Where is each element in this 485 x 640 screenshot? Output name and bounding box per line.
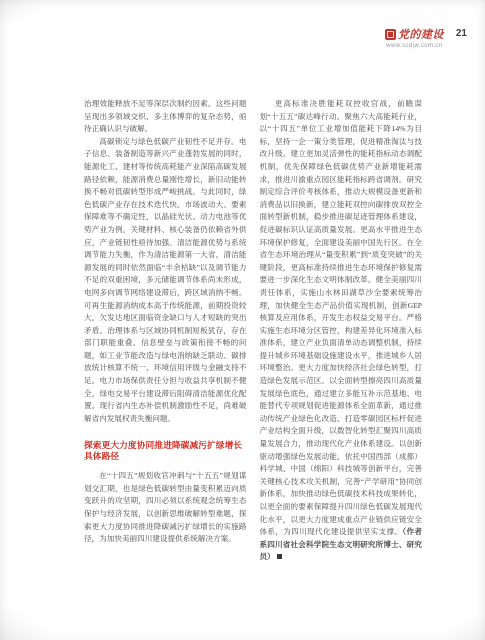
section-heading: 探索更大力度协同推进降碳减污扩绿增长具体路径 — [84, 440, 247, 462]
paragraph: 治理效能释放不足等深层次制约因素。这些问题呈现出多领域交织、多主体博弈的复杂态势… — [84, 98, 247, 136]
article-end-mark — [277, 554, 282, 559]
left-column: 治理效能释放不足等深层次制约因素。这些问题呈现出多领域交织、多主体博弈的复杂态势… — [84, 98, 247, 564]
author-credit: （作者系四川省社会科学院生态文明研究所博士、研究员） — [260, 527, 423, 561]
masthead-logo: 党的建设 — [385, 26, 444, 42]
seal-icon — [385, 29, 396, 40]
logo-text: 党的建设 — [398, 26, 444, 42]
magazine-page: 党的建设 www.scdjw.com.cn 21 治理效能释放不足等深层次制约因… — [0, 0, 485, 640]
left-paragraphs-after: 在“十四五”规划收官冲刺与“十五五”规划谋划交汇期，也是绿色低碳转型由量变积累迈… — [84, 470, 247, 546]
page-header: 党的建设 www.scdjw.com.cn 21 — [385, 26, 467, 49]
website-url: www.scdjw.com.cn — [385, 43, 444, 49]
paragraph: 高碳锁定与绿色低碳产业韧性不足并存。电子信息、装备制造等新兴产业蓬勃发展的同时，… — [84, 136, 247, 426]
right-paragraphs: 更高标准决胜能耗双控收官战，前瞻谋划“十五五”碳达峰行动。聚焦六大高能耗行业，以… — [260, 98, 423, 564]
right-column: 更高标准决胜能耗双控收官战，前瞻谋划“十五五”碳达峰行动。聚焦六大高能耗行业，以… — [260, 98, 423, 564]
paragraph: 在“十四五”规划收官冲刺与“十五五”规划谋划交汇期，也是绿色低碳转型由量变积累迈… — [84, 470, 247, 546]
masthead: 党的建设 www.scdjw.com.cn — [385, 26, 444, 49]
left-paragraphs: 治理效能释放不足等深层次制约因素。这些问题呈现出多领域交织、多主体博弈的复杂态势… — [84, 98, 247, 425]
article-body: 治理效能释放不足等深层次制约因素。这些问题呈现出多领域交织、多主体博弈的复杂态势… — [84, 98, 422, 564]
page-number: 21 — [456, 28, 467, 39]
paragraph: 更高标准决胜能耗双控收官战，前瞻谋划“十五五”碳达峰行动。聚焦六大高能耗行业，以… — [260, 98, 423, 564]
